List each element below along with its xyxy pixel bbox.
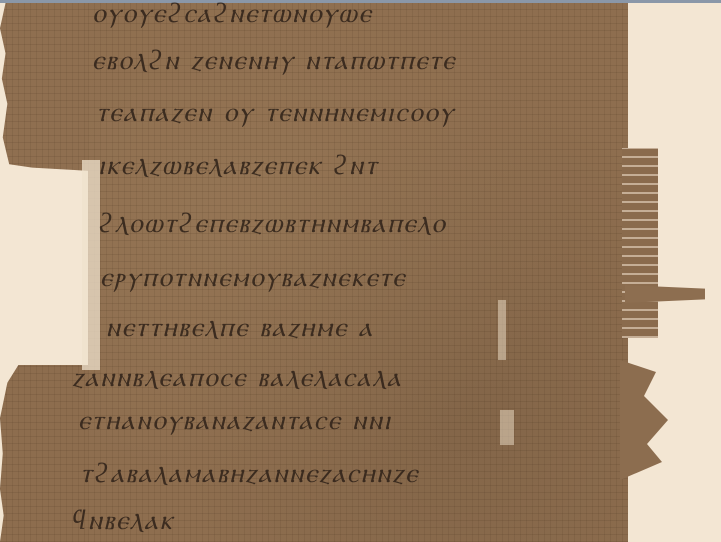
manuscript-line: ⲛⲉⲧⲧⲏⲃⲉⲗⲡⲉ ⲃⲁⲍⲏⲙⲉ ⲁ xyxy=(106,312,374,344)
manuscript-line: ϩⲗⲟⲱⲧϩⲉⲡⲉⲃⲍⲱⲃⲧⲏⲛⲙⲃⲁⲡⲉⲗⲟ xyxy=(98,208,446,240)
manuscript-line: ⲟⲩⲟⲩⲉϩⲥⲁϩⲛⲉⲧⲱⲛⲟⲩⲱⲉ xyxy=(92,0,373,30)
papyrus-fragment-left-upper xyxy=(0,3,92,171)
manuscript-line: ⲉⲣⲩⲡⲟⲧⲛⲛⲉⲙⲟⲩⲃⲁⲍⲛⲉⲕⲉⲧⲉ xyxy=(100,262,406,294)
manuscript-line: ⲉⲃⲟⲗϩⲛ ⲍⲉⲛⲉⲛⲏⲩ ⲛⲧⲁⲡⲱⲧⲡⲉⲧⲉ xyxy=(92,45,456,77)
manuscript-line: ⲧⲉⲁⲡⲁⲍⲉⲛ ⲟⲩ ⲧⲉⲛⲛⲏⲛⲉⲙⲓⲥⲟⲟⲩ xyxy=(96,97,455,129)
papyrus-hole xyxy=(500,410,514,445)
papyrus-hole xyxy=(498,300,506,360)
papyrus-fragment-right-lower xyxy=(620,360,680,480)
manuscript-line: ⲓⲕⲉⲗⲍⲱⲃⲉⲗⲁⲃⲍⲉⲡⲉⲕ ϩⲛⲧ xyxy=(98,150,379,182)
manuscript-line: ϥⲛⲃⲉⲗⲁⲕ xyxy=(72,505,174,537)
manuscript-line: ⲉⲧⲏⲁⲛⲟⲩⲃⲁⲛⲁⲍⲁⲛⲧⲁⲥⲉ ⲛⲛⲓ xyxy=(78,405,392,437)
papyrus-fragment-right-fibers xyxy=(622,148,658,338)
papyrus-gap-left xyxy=(82,160,100,370)
manuscript-line: ⲧϩⲁⲃⲁⲗⲁⲙⲁⲃⲏⲍⲁⲛⲛⲉⲍⲁⲥⲏⲛⲍⲉ xyxy=(80,458,419,490)
papyrus-fragment-right-strip xyxy=(625,285,705,303)
manuscript-line: ⲍⲁⲛⲛⲃⲗⲉⲁⲡⲟⲥⲉ ⲃⲁⲗⲉⲗⲁⲥⲁⲗⲁ xyxy=(72,362,402,394)
